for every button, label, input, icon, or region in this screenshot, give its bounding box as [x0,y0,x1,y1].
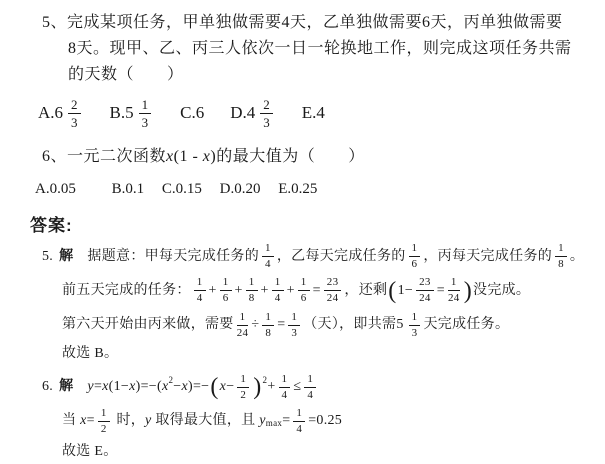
fraction: 18 [246,277,258,304]
fraction: 13 [139,98,152,129]
fraction: 14 [279,374,291,401]
fraction: 16 [409,243,421,270]
fraction: 2324 [416,277,434,304]
solution-5-formula-1: 据题意：甲每天完成任务的14，乙每天完成任务的16，丙每天完成任务的18。 [87,249,584,264]
fraction: 14 [293,408,305,435]
solution-5-number: 5. [42,249,53,264]
fraction: 18 [262,312,274,339]
solution-5-conclusion: 故选 B。 [62,344,605,364]
question-5-line-2: 8天。现甲、乙、丙三人依次一日一轮换地工作，则完成这项任务共需 [68,36,605,62]
fraction: 23 [260,98,273,129]
fraction: 124 [448,277,460,304]
mixed-number: 623 [55,98,84,129]
question-5-option-b: B.513 [110,98,155,129]
answers-heading: 答案: [30,214,605,238]
fraction: 14 [262,243,274,270]
solution-6-jie-label: 解 [59,377,73,393]
solution-6-conclusion: 故选 E。 [62,442,605,462]
big-parenthesis: ( [387,278,397,304]
question-5-option-a: A.623 [38,98,84,129]
fraction: 124 [237,312,249,339]
fraction: 16 [298,277,310,304]
mixed-number: 513 [125,98,154,129]
question-5-options: A.623 B.513 C.6 D.423 E.4 [38,90,605,136]
question-6-option-d: D.0.20 [220,181,261,197]
fraction: 18 [555,243,567,270]
solution-5-line-1: 5.解据题意：甲每天完成任务的14，乙每天完成任务的16，丙每天完成任务的18。 [42,238,605,274]
document-page: { "page": { "background": "#ffffff", "te… [0,0,605,464]
big-parenthesis: ) [463,278,473,304]
question-6-options: A.0.05 B.0.1 C.0.15 D.0.20 E.0.25 [35,178,605,200]
fraction: 16 [220,277,232,304]
question-5-option-d: D.423 [230,98,276,129]
solution-6-line-1: 6.解y=x(1−x)=−(x2−x)=−(x−12)2+14≤14 [42,368,605,404]
fraction: 14 [194,277,206,304]
solution-5-jie-label: 解 [59,247,73,263]
question-5-option-e: E.4 [302,103,325,123]
fraction: 12 [98,408,110,435]
fraction: 13 [409,312,421,339]
solution-6-number: 6. [42,379,53,394]
question-6-option-a: A.0.05 [35,181,76,197]
solution-5-line-2: 前五天完成的任务：14+16+18+14+16=2324，还剩(1−2324=1… [62,274,605,308]
fraction: 2324 [324,277,342,304]
question-6-line-1: 6、一元二次函数x(1 - x)的最大值为（ ） [42,144,605,170]
fraction: 14 [272,277,284,304]
big-parenthesis: ( [209,374,219,400]
question-6-option-c: C.0.15 [162,181,202,197]
fraction: 13 [288,312,300,339]
question-6-option-b: B.0.1 [112,181,145,197]
solution-5-line-3: 第六天开始由丙来做，需要124÷18=13（天），即共需513天完成任务。 [62,308,605,342]
big-parenthesis: ) [252,374,262,400]
fraction: 23 [68,98,81,129]
solution-6-line-2: 当 x=12 时，y 取得最大值，且 ymax=14=0.25 [62,404,605,438]
question-6-option-e: E.0.25 [278,181,317,197]
question-5-option-c: C.6 [180,103,204,123]
mixed-number: 423 [247,98,276,129]
mixed-number: 513 [396,308,423,342]
fraction: 14 [304,374,316,401]
solution-6-formula-1: y=x(1−x)=−(x2−x)=−(x−12)2+14≤14 [87,379,319,394]
question-5-line-3: 的天数（ ） [68,62,605,88]
question-5-line-1: 5、完成某项任务，甲单独做需要4天，乙单独做需要6天，丙单独做需要 [42,10,605,36]
fraction: 12 [237,374,249,401]
